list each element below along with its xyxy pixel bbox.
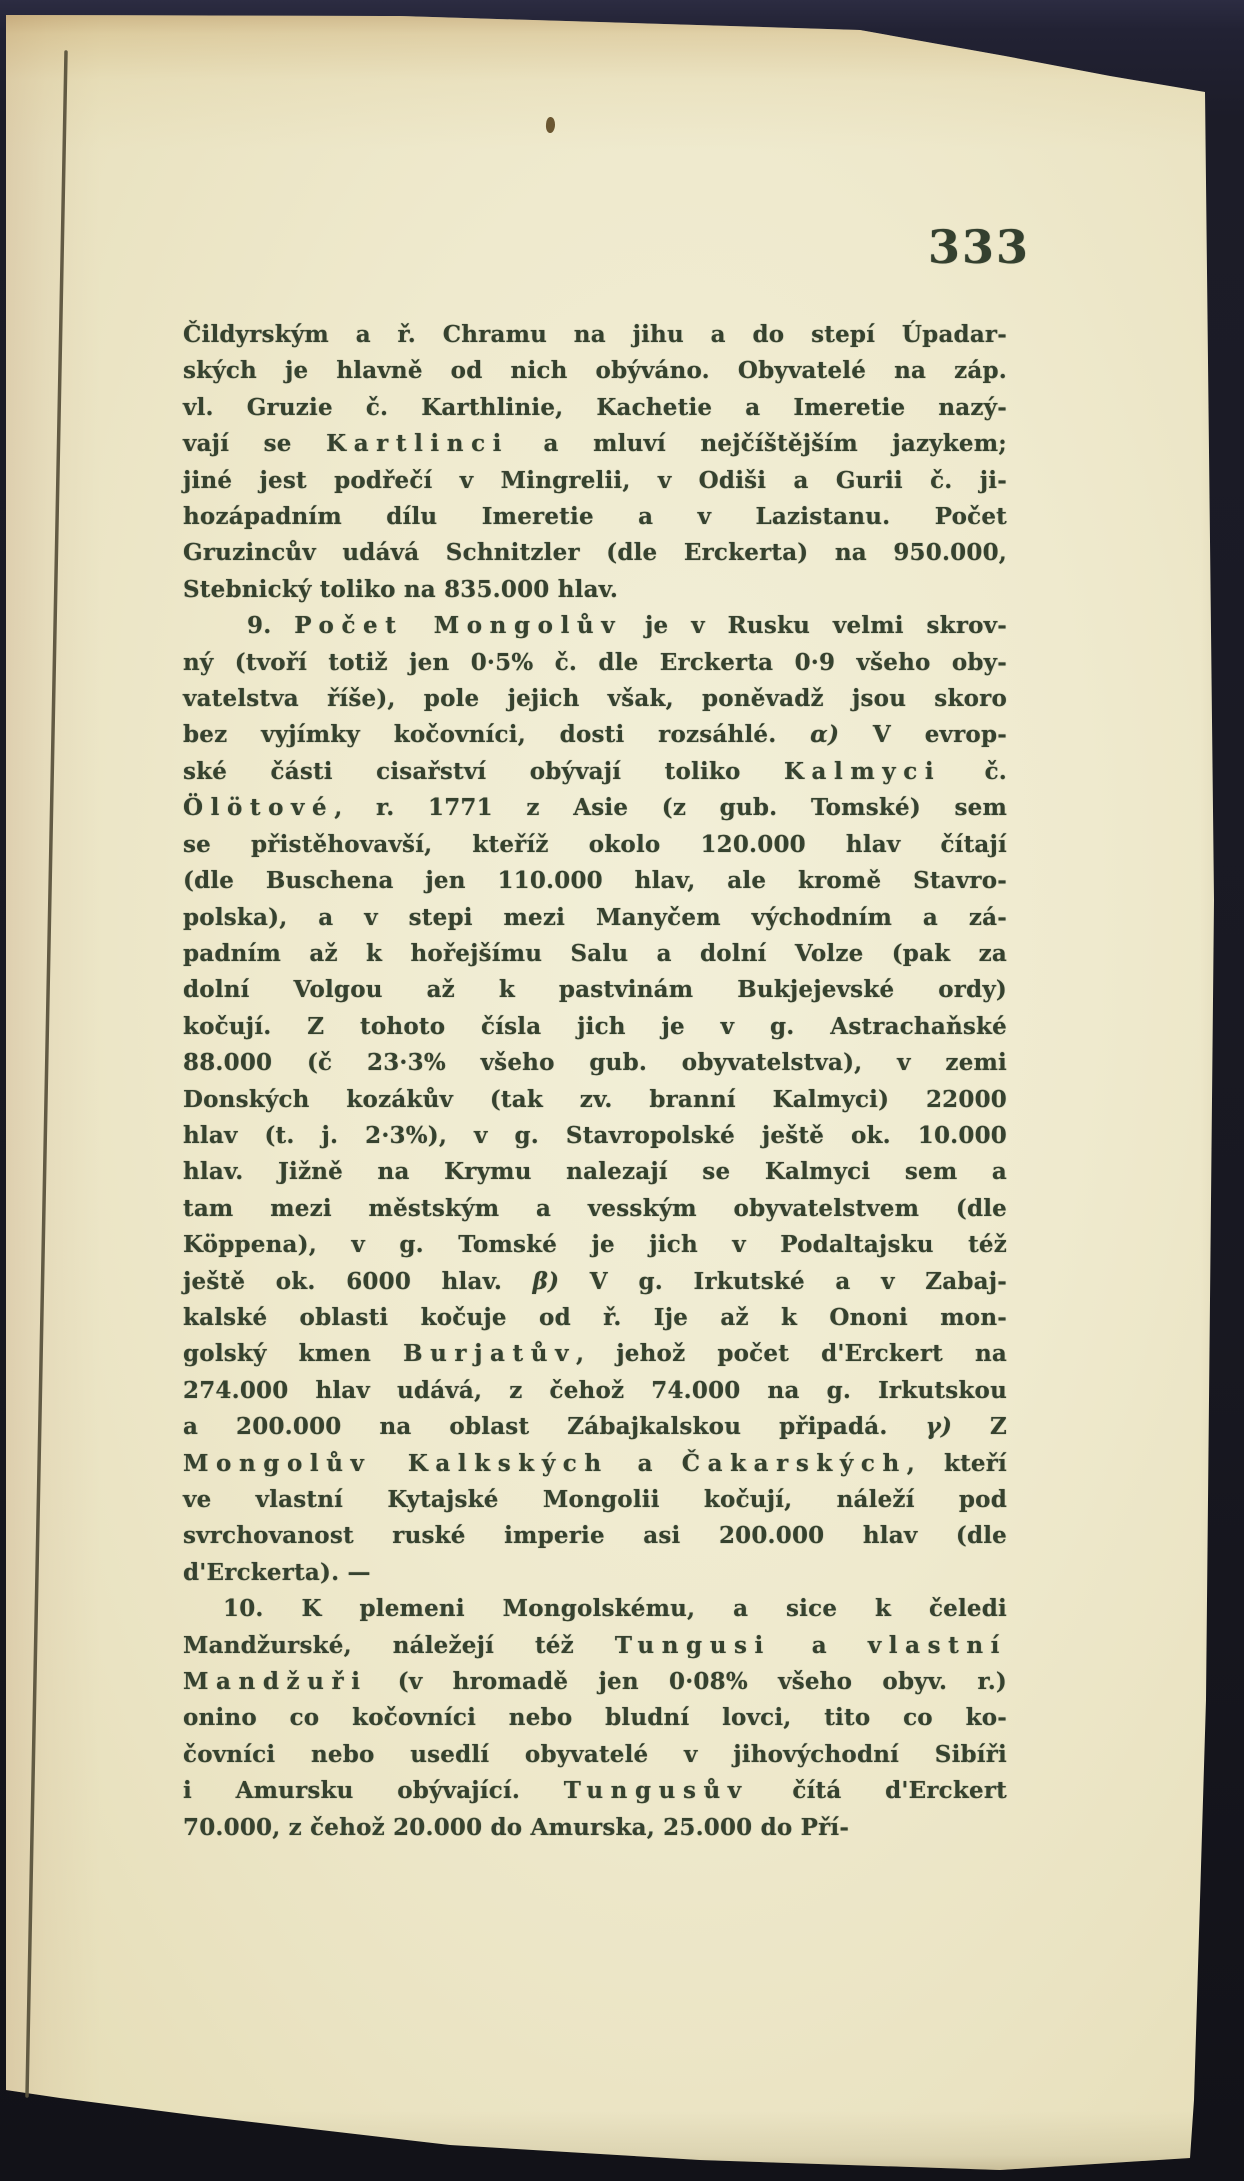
text-line: Mandžurské, náležejí též Tungusi a vlast… [183,1628,1007,1664]
text-line: 70.000, z čehož 20.000 do Amurska, 25.00… [183,1810,1007,1846]
text-line: a 200.000 na oblast Zábajkalskou připadá… [183,1409,1007,1445]
text-segment: Köppena), v g. Tomské je jich v Podaltaj… [183,1231,1007,1258]
text-segment: a [771,1632,868,1659]
text-line: golský kmen Burjatův, jehož počet d'Erck… [183,1336,1007,1372]
text-segment: je v Rusku velmi skrov- [622,612,1007,639]
text-line: (dle Buschena jen 110.000 hlav, ale krom… [183,863,1007,899]
text-line: i Amursku obývající. Tungusův čítá d'Erc… [183,1773,1007,1809]
text-line: ve vlastní Kytajské Mongolii kočují, nál… [183,1482,1007,1518]
text-segment: 9. [247,612,294,639]
text-segment: (v hromadě jen 0·08% všeho obyv. r.) [368,1668,1007,1695]
text-line: ještě ok. 6000 hlav. β) V g. Irkutské a … [183,1264,1007,1300]
text-segment: Stebnický toliko na 835.000 hlav. [183,576,618,603]
text-line: d'Erckerta). — [183,1555,1007,1591]
text-segment: a [609,1450,682,1477]
text-line: Mongolův Kalkských a Čakarských, kteří [183,1446,1007,1482]
text-segment: ný (tvoří totiž jen 0·5% č. dle Erckerta… [183,649,1007,676]
text-line: 88.000 (č 23·3% všeho gub. obyvatelstva)… [183,1045,1007,1081]
text-line: hlav. Jižně na Krymu nalezají se Kalmyci… [183,1154,1007,1190]
text-line: ný (tvoří totiž jen 0·5% č. dle Erckerta… [183,645,1007,681]
text-segment: Mandžurské, náležejí též [183,1632,615,1659]
text-segment: vatelstva říše), pole jejich však, poněv… [183,685,1007,712]
text-segment: Z [952,1413,1007,1440]
greek-list-marker: β) [533,1268,560,1295]
text-line: 9. Počet Mongolův je v Rusku velmi skrov… [183,608,1007,644]
emphasized-spaced-text: Kartlinci [326,430,509,457]
text-line: čovníci nebo usedlí obyvatelé v jihových… [183,1737,1007,1773]
emphasized-spaced-text: Ölötové [183,794,334,821]
text-line: vatelstva říše), pole jejich však, poněv… [183,681,1007,717]
emphasized-spaced-text: Tungusi [615,1632,771,1659]
text-segment: Gruzincův udává Schnitzler (dle Erckerta… [183,539,1007,566]
text-segment: dolní Volgou až k pastvinám Bukjejevské … [183,976,1007,1003]
text-line: svrchovanost ruské imperie asi 200.000 h… [183,1518,1007,1554]
emphasized-spaced-text: vlastní [868,1632,1007,1659]
text-line: hozápadním dílu Imeretie a v Lazistanu. … [183,499,1007,535]
text-segment: 70.000, z čehož 20.000 do Amurska, 25.00… [183,1814,849,1841]
text-line: vají se Kartlinci a mluví nejčíštějším j… [183,426,1007,462]
text-segment: bez vyjímky kočovníci, dosti rozsáhlé. [183,721,810,748]
text-segment: hlav. Jižně na Krymu nalezají se Kalmyci… [183,1158,1007,1185]
text-line: jiné jest podřečí v Mingrelii, v Odiši a… [183,463,1007,499]
text-line: 10. K plemeni Mongolskému, a sice k čele… [183,1591,1007,1627]
book-scan: 333 Čildyrským a ř. Chramu na jihu a do … [0,0,1244,2181]
text-line: kalské oblasti kočuje od ř. Ije až k Ono… [183,1300,1007,1336]
text-line: dolní Volgou až k pastvinám Bukjejevské … [183,972,1007,1008]
text-segment: , jehož počet d'Erckert na [576,1340,1007,1367]
text-segment: hlav (t. j. 2·3%), v g. Stavropolské ješ… [183,1122,1007,1149]
text-segment: i Amursku obývající. [183,1777,564,1804]
emphasized-spaced-text: Tungusův [564,1777,749,1804]
text-block: Čildyrským a ř. Chramu na jihu a do step… [183,317,1007,1846]
text-segment: polska), a v stepi mezi Manyčem východní… [183,904,1007,931]
text-line: tam mezi městským a vesským obyvatelstve… [183,1191,1007,1227]
text-line: Gruzincův udává Schnitzler (dle Erckerta… [183,535,1007,571]
text-segment: vají se [183,430,326,457]
text-line: padním až k hořejšímu Salu a dolní Volze… [183,936,1007,972]
text-segment: č. [941,758,1007,785]
text-line: vl. Gruzie č. Karthlinie, Kachetie a Ime… [183,390,1007,426]
text-segment: se přistěhovavší, kteříž okolo 120.000 h… [183,831,1007,858]
text-line: bez vyjímky kočovníci, dosti rozsáhlé. α… [183,717,1007,753]
text-segment: a mluví nejčíštějším jazykem; [509,430,1007,457]
text-segment: čovníci nebo usedlí obyvatelé v jihových… [183,1741,1007,1768]
text-segment: čítá d'Erckert [749,1777,1007,1804]
text-segment: ských je hlavně od nich obýváno. Obyvate… [183,357,1007,384]
text-segment: kočují. Z tohoto čísla jich je v g. Astr… [183,1013,1007,1040]
text-segment: svrchovanost ruské imperie asi 200.000 h… [183,1522,1007,1549]
text-segment: onino co kočovníci nebo bludní lovci, ti… [183,1704,1007,1731]
text-segment: V g. Irkutské a v Zabaj- [559,1268,1007,1295]
text-line: ské části cisařství obývají toliko Kalmy… [183,754,1007,790]
text-segment: jiné jest podřečí v Mingrelii, v Odiši a… [183,467,1007,494]
text-line: Ölötové, r. 1771 z Asie (z gub. Tomské) … [183,790,1007,826]
emphasized-spaced-text: Mandžuři [183,1668,368,1695]
text-segment: 88.000 (č 23·3% všeho gub. obyvatelstva)… [183,1049,1007,1076]
text-segment: ještě ok. 6000 hlav. [183,1268,533,1295]
text-segment: kalské oblasti kočuje od ř. Ije až k Ono… [183,1304,1007,1331]
text-segment: 274.000 hlav udává, z čehož 74.000 na g.… [183,1377,1007,1404]
text-segment: hozápadním dílu Imeretie a v Lazistanu. … [183,503,1007,530]
emphasized-spaced-text: Burjatův [403,1340,576,1367]
text-line: onino co kočovníci nebo bludní lovci, ti… [183,1700,1007,1736]
text-line: Donských kozákův (tak zv. branní Kalmyci… [183,1082,1007,1118]
text-segment: d'Erckerta). — [183,1559,371,1586]
ink-speck [545,117,555,134]
text-line: Stebnický toliko na 835.000 hlav. [183,572,1007,608]
text-line: polska), a v stepi mezi Manyčem východní… [183,900,1007,936]
text-segment: golský kmen [183,1340,403,1367]
text-segment: Čildyrským a ř. Chramu na jihu a do step… [183,321,1007,348]
greek-list-marker: α) [810,721,839,748]
text-segment: ské části cisařství obývají toliko [183,758,784,785]
emphasized-spaced-text: Kalmyci [784,758,941,785]
text-line: hlav (t. j. 2·3%), v g. Stavropolské ješ… [183,1118,1007,1154]
text-segment: ve vlastní Kytajské Mongolii kočují, nál… [183,1486,1007,1513]
text-line: kočují. Z tohoto čísla jich je v g. Astr… [183,1009,1007,1045]
emphasized-spaced-text: Čakarských [682,1450,907,1477]
text-line: 274.000 hlav udává, z čehož 74.000 na g.… [183,1373,1007,1409]
text-segment: V evrop- [839,721,1007,748]
text-segment: 10. K plemeni Mongolskému, a sice k čele… [223,1595,1007,1622]
emphasized-spaced-text: Počet Mongolův [294,612,622,639]
book-page: 333 Čildyrským a ř. Chramu na jihu a do … [0,0,1244,2181]
text-segment: vl. Gruzie č. Karthlinie, Kachetie a Ime… [183,394,1007,421]
text-line: Köppena), v g. Tomské je jich v Podaltaj… [183,1227,1007,1263]
text-line: Čildyrským a ř. Chramu na jihu a do step… [183,317,1007,353]
text-line: ských je hlavně od nich obýváno. Obyvate… [183,353,1007,389]
text-segment: tam mezi městským a vesským obyvatelstve… [183,1195,1007,1222]
text-line: se přistěhovavší, kteříž okolo 120.000 h… [183,827,1007,863]
page-number: 333 [928,220,1018,274]
text-segment: (dle Buschena jen 110.000 hlav, ale krom… [183,867,1007,894]
text-segment: , r. 1771 z Asie (z gub. Tomské) sem [334,794,1007,821]
text-segment: padním až k hořejšímu Salu a dolní Volze… [183,940,1007,967]
emphasized-spaced-text: Mongolův Kalkských [183,1450,609,1477]
greek-list-marker: γ) [926,1413,952,1440]
text-segment: , kteří [907,1450,1007,1477]
text-segment: Donských kozákův (tak zv. branní Kalmyci… [183,1086,1007,1113]
text-line: Mandžuři (v hromadě jen 0·08% všeho obyv… [183,1664,1007,1700]
text-segment: a 200.000 na oblast Zábajkalskou připadá… [183,1413,926,1440]
